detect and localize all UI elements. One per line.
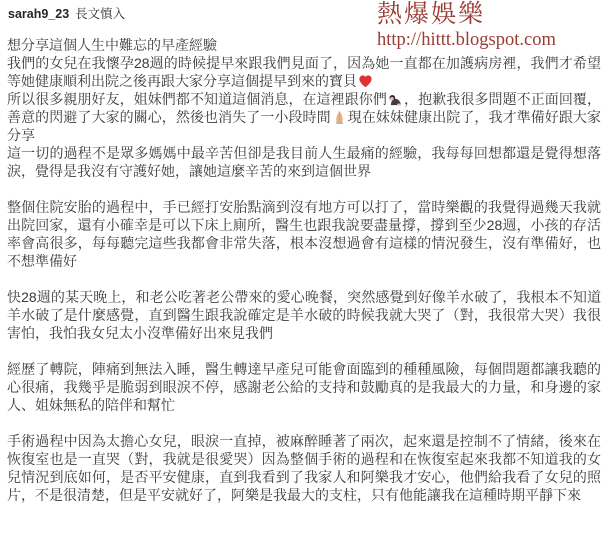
paragraph-surgery: 手術過程中因為太擔心女兒，眼淚一直掉，被麻醉睡著了兩次，起來還是控制不了情緒，後… (7, 432, 601, 504)
paragraph-hospital-transfer-text: 經歷了轉院，陣痛到無法入睡，醫生轉達早產兒可能會面臨到的種種風險，每個問題都讓我… (7, 361, 601, 413)
paragraph-early-arrival: 我們的女兒在我懷孕28週的時候提早來跟我們見面了，因為她一直都在加護病房裡，我們… (7, 54, 601, 90)
watermark-site-title: 熱爆娛樂 (377, 2, 556, 27)
post-page: sarah9_23長文慎入 熱爆娛樂 http://hittt.blogspot… (0, 0, 608, 541)
paragraph-painful-experience: 這一切的過程不是眾多媽媽中最辛苦但卻是我目前人生最痛的經驗，我每每回想都還是覺得… (7, 144, 601, 180)
post-header: sarah9_23長文慎入 (8, 4, 125, 22)
paragraph-water-broke: 快28週的某天晚上，和老公吃著老公帶來的愛心晚餐，突然感覺到好像羊水破了，我根本… (7, 288, 601, 342)
paragraph-intro: 想分享這個人生中難忘的早產經驗 (7, 36, 601, 54)
paragraph-hospital-transfer: 經歷了轉院，陣痛到無法入睡，醫生轉達早產兒可能會面臨到的種種風險，每個問題都讓我… (7, 360, 601, 414)
paragraph-intro-text: 想分享這個人生中難忘的早產經驗 (7, 37, 217, 53)
paragraph-surgery-text: 手術過程中因為太擔心女兒，眼淚一直掉，被麻醉睡著了兩次，起來還是控制不了情緒，後… (7, 433, 601, 503)
paragraph-hospital-bedrest: 整個住院安胎的過程中，手已經打安胎點滴到沒有地方可以打了，當時樂觀的我覺得過幾天… (7, 198, 601, 270)
caption-note: 長文慎入 (75, 7, 125, 21)
folded-hands-icon (332, 110, 347, 125)
caption-body: 想分享這個人生中難忘的早產經驗 我們的女兒在我懷孕28週的時候提早來跟我們見面了… (7, 36, 601, 504)
paragraph-apology-text-1: 所以很多親朋好友，姐妹們都不知道這個消息，在這裡跟你們 (7, 91, 387, 107)
person-bowing-icon (388, 92, 403, 107)
paragraph-water-broke-text: 快28週的某天晚上，和老公吃著老公帶來的愛心晚餐，突然感覺到好像羊水破了，我根本… (7, 289, 601, 341)
paragraph-hospital-bedrest-text: 整個住院安胎的過程中，手已經打安胎點滴到沒有地方可以打了，當時樂觀的我覺得過幾天… (7, 199, 601, 269)
paragraph-early-arrival-text: 我們的女兒在我懷孕28週的時候提早來跟我們見面了，因為她一直都在加護病房裡，我們… (7, 55, 601, 89)
paragraph-painful-experience-text: 這一切的過程不是眾多媽媽中最辛苦但卻是我目前人生最痛的經驗，我每每回想都還是覺得… (7, 145, 601, 179)
red-heart-icon (358, 74, 373, 89)
paragraph-apology: 所以很多親朋好友，姐妹們都不知道這個消息，在這裡跟你們，抱歉我很多問題不正面回覆… (7, 90, 601, 144)
username[interactable]: sarah9_23 (8, 7, 69, 21)
